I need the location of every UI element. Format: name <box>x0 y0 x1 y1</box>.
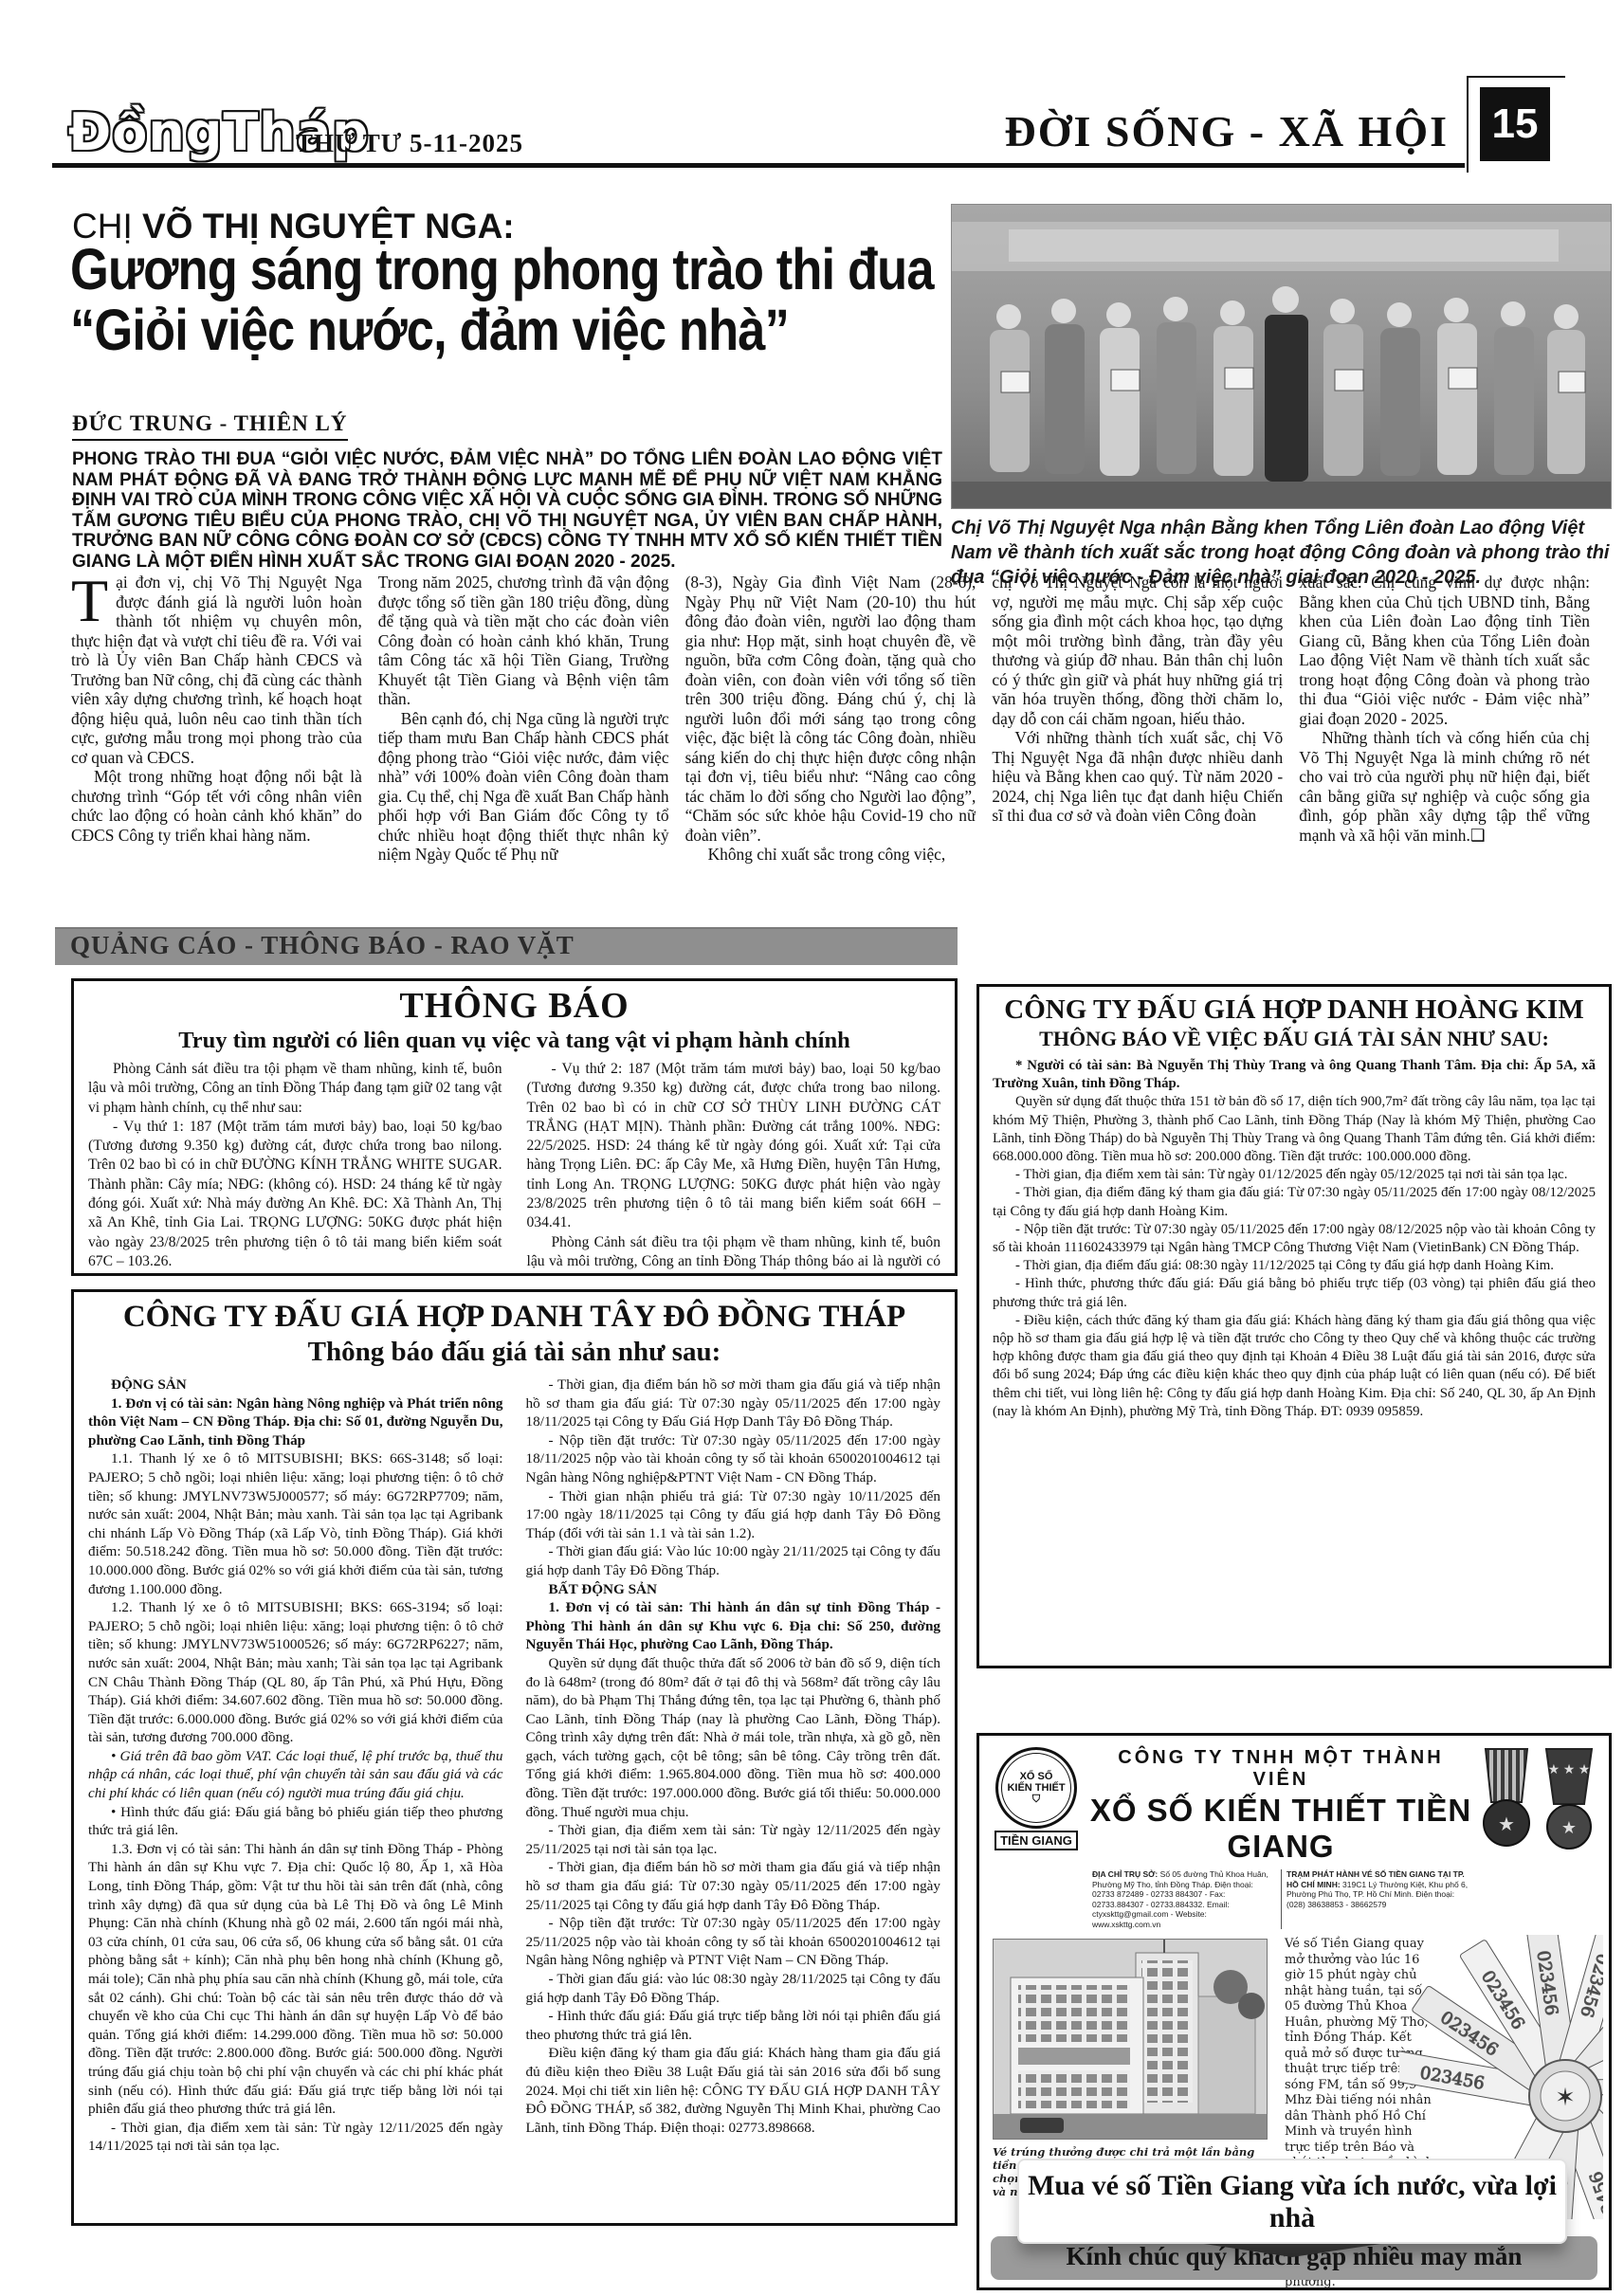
paragraph: Tại đơn vị, chị Võ Thị Nguyệt Nga được đ… <box>71 573 362 767</box>
page-number: 15 <box>1480 87 1550 161</box>
headline-line1: Gương sáng trong phong trào thi đua <box>70 239 934 300</box>
section-title: ĐỜI SỐNG - XÃ HỘI <box>1005 106 1449 156</box>
article-headline: Gương sáng trong phong trào thi đua “Giỏ… <box>70 239 934 360</box>
article-lead: PHONG TRÀO THI ĐUA “GIỎI VIỆC NƯỚC, ĐẢM … <box>72 449 942 572</box>
paragraph: - Thời gian, địa điểm đấu giá: 08:30 ngà… <box>993 1257 1596 1275</box>
paragraph: - Thời gian, địa điểm xem tài sản: Từ ng… <box>88 2119 503 2156</box>
svg-text:★: ★ <box>1498 1814 1515 1835</box>
lottery-logo-icon: XỔ SỐ KIẾN THIẾT ⛉ <box>995 1747 1077 1829</box>
article-column-1: Tại đơn vị, chị Võ Thị Nguyệt Nga được đ… <box>71 573 362 931</box>
hq-address-label: ĐỊA CHỈ TRỤ SỞ: <box>1092 1869 1158 1879</box>
logo-line2: KIẾN THIẾT <box>998 1782 1074 1794</box>
headline-line2: “Giỏi việc nước, đảm việc nhà” <box>70 300 934 360</box>
paragraph: • Hình thức đấu giá: Đấu giá bằng bỏ phi… <box>88 1803 503 1840</box>
taydo-auction-box: CÔNG TY ĐẤU GIÁ HỢP DANH TÂY ĐÔ ĐỒNG THÁ… <box>71 1289 958 2226</box>
logo-label: TIỀN GIANG <box>994 1831 1078 1850</box>
hoangkim-subtitle: THÔNG BÁO VỀ VIỆC ĐẤU GIÁ TÀI SẢN NHƯ SA… <box>993 1027 1596 1051</box>
paragraph: - Thời gian, địa điểm xem tài sản: Từ ng… <box>526 1821 941 1858</box>
paragraph: Quyền sử dụng đất thuộc thửa đất số 2006… <box>526 1654 941 1821</box>
paragraph: - Thời gian, địa điểm bán hồ sơ mời tham… <box>526 1376 941 1431</box>
company-line1: CÔNG TY TNHH MỘT THÀNH VIÊN <box>1087 1747 1474 1791</box>
company-building-photo <box>993 1939 1268 2140</box>
article-photo <box>951 204 1612 509</box>
dropcap: T <box>71 573 116 626</box>
article-column-2: Trong năm 2025, chương trình đã vận động… <box>378 573 669 931</box>
classifieds-section-bar: QUẢNG CÁO - THÔNG BÁO - RAO VẶT <box>55 927 958 965</box>
paragraph: - Nộp tiền đặt trước: Từ 07:30 ngày 05/1… <box>526 1914 941 1970</box>
lottery-company-block: CÔNG TY TNHH MỘT THÀNH VIÊN XỔ SỐ KIẾN T… <box>1084 1745 1478 1929</box>
company-line2: XỔ SỐ KIẾN THIẾT TIỀN GIANG <box>1087 1793 1474 1865</box>
paragraph: Bên cạnh đó, chị Nga cũng là người trực … <box>378 709 669 865</box>
paragraph: * Người có tài sản: Bà Nguyễn Thị Thùy T… <box>993 1057 1596 1093</box>
header-rule <box>52 163 1465 168</box>
paragraph: - Nộp tiền đặt trước: Từ 07:30 ngày 05/1… <box>526 1431 941 1487</box>
company-addresses: ĐỊA CHỈ TRỤ SỞ: Số 05 đường Thủ Khoa Huâ… <box>1087 1869 1474 1929</box>
paragraph: - Điều kiện, cách thức đăng ký tham gia … <box>993 1312 1596 1421</box>
article-byline: ĐỨC TRUNG - THIÊN LÝ <box>72 411 348 441</box>
svg-text:✶: ✶ <box>1555 2084 1576 2111</box>
paragraph: BẤT ĐỘNG SẢN <box>526 1580 941 1599</box>
paragraph: Những thành tích và cống hiến của chị Võ… <box>1299 728 1590 845</box>
paragraph: - Thời gian đấu giá: Vào lúc 10:00 ngày … <box>526 1542 941 1579</box>
paragraph: - Thời gian nhận phiếu trả giá: Từ 07:30… <box>526 1487 941 1543</box>
taydo-subtitle: Thông báo đấu giá tài sản như sau: <box>88 1337 940 1368</box>
paragraph: - Hình thức đấu giá: Đấu giá trực tiếp b… <box>526 2007 941 2044</box>
lottery-ad-box: XỔ SỐ KIẾN THIẾT ⛉ TIỀN GIANG CÔNG TY TN… <box>976 1733 1612 2290</box>
paragraph: - Thời gian, địa điểm bán hồ sơ mời tham… <box>526 1858 941 1914</box>
paragraph: - Vụ thứ 1: 187 (Một trăm tám mươi bảy) … <box>88 1118 502 1271</box>
paragraph: xuất sắc. Chị cũng vinh dự được nhận: Bằ… <box>1299 573 1590 728</box>
paragraph: - Hình thức, phương thức đấu giá: Đấu gi… <box>993 1275 1596 1311</box>
paragraph: - Vụ thứ 2: 187 (Một trăm tám mươi bảy) … <box>527 1060 941 1233</box>
issue-date: THỨ TƯ 5-11-2025 <box>296 129 523 158</box>
paragraph: 1. Đơn vị có tài sản: Thi hành án dân sự… <box>526 1598 941 1654</box>
notice-title: THÔNG BÁO <box>88 985 940 1027</box>
paragraph: Điều kiện đăng ký tham gia đấu giá: Khác… <box>526 2044 941 2137</box>
paragraph: - Nộp tiền đặt trước: Từ 07:30 ngày 05/1… <box>993 1221 1596 1257</box>
lottery-ad-header: XỔ SỐ KIẾN THIẾT ⛉ TIỀN GIANG CÔNG TY TN… <box>989 1745 1599 1929</box>
taydo-body: ĐỘNG SẢN 1. Đơn vị có tài sản: Ngân hàng… <box>88 1376 940 2191</box>
branch-address: TRẠM PHÁT HÀNH VÉ SỐ TIỀN GIANG TẠI TP. … <box>1281 1869 1474 1929</box>
notice-body: Phòng Cảnh sát điều tra tội phạm về tham… <box>88 1060 940 1285</box>
paragraph: - Thời gian, địa điểm đăng ký tham gia đ… <box>993 1184 1596 1220</box>
police-notice-box: THÔNG BÁO Truy tìm người có liên quan vụ… <box>71 978 958 1276</box>
paragraph: 1.1. Thanh lý xe ô tô MITSUBISHI; BKS: 6… <box>88 1449 503 1598</box>
article-column-4: chị Võ Thị Nguyệt Nga còn là một người v… <box>992 573 1283 931</box>
medal-icons: ★ ★ ★ ★ ★ <box>1478 1745 1599 1851</box>
paragraph: 1. Đơn vị có tài sản: Ngân hàng Nông ngh… <box>88 1394 503 1450</box>
lottery-logo: XỔ SỐ KIẾN THIẾT ⛉ TIỀN GIANG <box>989 1745 1084 1850</box>
paragraph: Với những thành tích xuất sắc, chị Võ Th… <box>992 728 1283 826</box>
logo-line1: XỔ SỐ <box>998 1771 1074 1782</box>
paragraph: 1.3. Đơn vị có tài sản: Thi hành án dân … <box>88 1840 503 2119</box>
paragraph: Không chỉ xuất sắc trong công việc, <box>685 845 976 865</box>
medals: ★ ★ ★ ★ ★ <box>1478 1745 1599 1856</box>
bird-icon: ⛉ <box>998 1794 1074 1805</box>
notice-subtitle: Truy tìm người có liên quan vụ việc và t… <box>88 1028 940 1054</box>
paragraph: Quyền sử dụng đất thuộc thửa 151 tờ bản … <box>993 1093 1596 1166</box>
svg-text:★ ★ ★: ★ ★ ★ <box>1548 1763 1591 1777</box>
award-ceremony-photo-placeholder <box>952 205 1612 509</box>
article-column-3: (8-3), Ngày Gia đình Việt Nam (28-6), Ng… <box>685 573 976 931</box>
hoangkim-auction-box: CÔNG TY ĐẤU GIÁ HỢP DANH HOÀNG KIM THÔNG… <box>976 984 1612 1668</box>
paragraph: chị Võ Thị Nguyệt Nga còn là một người v… <box>992 573 1283 728</box>
paragraph: Trong năm 2025, chương trình đã vận động… <box>378 573 669 709</box>
paragraph: • Giá trên đã bao gồm VAT. Các loại thuế… <box>88 1747 503 1803</box>
taydo-title: CÔNG TY ĐẤU GIÁ HỢP DANH TÂY ĐÔ ĐỒNG THÁ… <box>88 1300 940 1335</box>
hq-address: ĐỊA CHỈ TRỤ SỞ: Số 05 đường Thủ Khoa Huâ… <box>1087 1869 1281 1929</box>
paragraph: ĐỘNG SẢN <box>88 1376 503 1394</box>
paragraph: (8-3), Ngày Gia đình Việt Nam (28-6), Ng… <box>685 573 976 845</box>
paragraph: 1.2. Thanh lý xe ô tô MITSUBISHI; BKS: 6… <box>88 1598 503 1747</box>
paragraph: Một trong những hoạt động nổi bật là chư… <box>71 767 362 845</box>
article-column-5: xuất sắc. Chị cũng vinh dự được nhận: Bằ… <box>1299 573 1590 931</box>
hoangkim-body: * Người có tài sản: Bà Nguyễn Thị Thùy T… <box>993 1057 1596 1654</box>
paragraph: - Thời gian, địa điểm xem tài sản: Từ ng… <box>993 1166 1596 1184</box>
lottery-slogan-banner: Mua vé số Tiền Giang vừa ích nước, vừa l… <box>1019 2160 1565 2242</box>
svg-text:★: ★ <box>1561 1818 1577 1837</box>
paragraph: Phòng Cảnh sát điều tra tội phạm về tham… <box>88 1060 502 1118</box>
paragraph: - Thời gian đấu giá: vào lúc 08:30 ngày … <box>526 1970 941 2007</box>
hoangkim-title: CÔNG TY ĐẤU GIÁ HỢP DANH HOÀNG KIM <box>993 994 1596 1026</box>
article-body: Tại đơn vị, chị Võ Thị Nguyệt Nga được đ… <box>71 573 1590 931</box>
building-photo-placeholder <box>994 1940 1268 2140</box>
